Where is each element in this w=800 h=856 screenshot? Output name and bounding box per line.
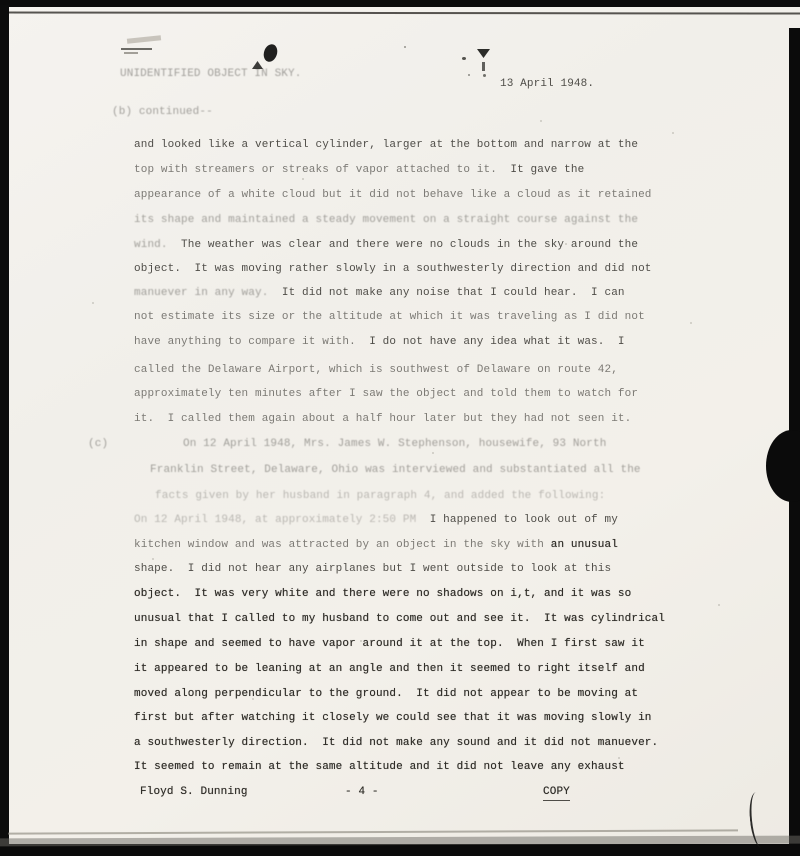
text-segment: wind. [134,239,168,251]
text-segment: (b) continued-- [112,106,213,118]
text-segment: (c) [88,438,108,450]
text-segment: It gave the [497,164,584,176]
body-line: approximately ten minutes after I saw th… [134,387,638,401]
text-segment: Franklin Street, Delaware, Ohio was inte… [150,464,641,476]
paper-speck [152,558,154,560]
text-segment: The weather was clear and there were no … [168,239,638,251]
paper-speck [690,322,692,324]
body-line: object. It was moving rather slowly in a… [134,262,652,276]
text-segment: appearance of a white cloud but it did n… [134,189,652,201]
body-line: wind. The weather was clear and there we… [134,238,638,252]
ink-dot [404,46,406,48]
body-line: its shape and maintained a steady moveme… [134,213,638,227]
text-segment: its shape and maintained a steady moveme… [134,214,638,226]
text-segment: facts given by her husband in paragraph … [155,490,605,502]
ink-bar [482,62,485,71]
smudge-squiggle [127,35,161,44]
paper-speck [618,757,620,759]
text-segment: On 12 April 1948, Mrs. James W. Stephens… [183,438,606,450]
text-segment: first but after watching it closely we c… [134,712,652,724]
page-edge-top [0,0,800,7]
text-segment: moved along perpendicular to the ground.… [134,688,638,700]
signature-line: Floyd S. Dunning [140,785,248,799]
body-line: kitchen window and was attracted by an o… [134,538,618,552]
text-segment: It did not make any noise that I could h… [268,287,624,299]
text-segment: it. I called them again about a half hou… [134,413,631,425]
subject-line: UNIDENTIFIED OBJECT IN SKY. [120,67,301,81]
body-line: a southwesterly direction. It did not ma… [134,736,658,750]
body-line: On 12 April 1948, at approximately 2:50 … [134,513,618,527]
body-line: top with streamers or streaks of vapor a… [134,163,584,177]
page-edge-left [0,5,9,851]
body-line: object. It was very white and there were… [134,587,631,601]
paper-speck [432,452,434,454]
paper-speck [540,120,542,122]
text-segment: I happened to look out of my [416,514,618,526]
body-line: and looked like a vertical cylinder, lar… [134,138,638,152]
body-line: not estimate its size or the altitude at… [134,310,645,324]
body-line: it. I called them again about a half hou… [134,412,631,426]
text-segment: unusual that I called to my husband to c… [134,613,665,625]
text-segment: not estimate its size or the altitude at… [134,311,645,323]
body-line: have anything to compare it with. I do n… [134,335,625,349]
text-segment: a southwesterly direction. It did not ma… [134,737,658,749]
text-segment: manuever in any way. [134,287,268,299]
dash-mark [121,48,152,50]
text-segment: Floyd S. Dunning [140,786,248,798]
body-line: Franklin Street, Delaware, Ohio was inte… [150,463,641,477]
body-line: moved along perpendicular to the ground.… [134,687,638,701]
copy-stamp: COPY [543,785,570,801]
text-segment: object. It was moving rather slowly in a… [134,263,652,275]
text-segment: UNIDENTIFIED OBJECT IN SKY. [120,68,301,80]
text-segment: It seemed to remain at the same altitude… [134,761,625,773]
text-segment: COPY [543,786,570,798]
punch-hole-mark [766,430,800,502]
body-line: in shape and seemed to have vapor around… [134,637,645,651]
text-segment: On 12 April 1948, at approximately 2:50 … [134,514,416,526]
text-segment: kitchen window and was attracted by an o… [134,539,544,551]
body-line: shape. I did not hear any airplanes but … [134,562,611,576]
ink-blob [262,42,280,63]
body-line: manuever in any way. It did not make any… [134,286,625,300]
ink-dot [468,74,470,76]
body-line: It seemed to remain at the same altitude… [134,760,625,774]
scanned-document-page: UNIDENTIFIED OBJECT IN SKY.13 April 1948… [0,0,800,856]
ink-dot [462,57,466,60]
ink-dot [483,74,486,77]
ink-spot [477,49,490,58]
text-segment: approximately ten minutes after I saw th… [134,388,638,400]
paper-speck [718,604,720,606]
text-segment: in shape and seemed to have vapor around… [134,638,645,650]
text-segment: object. It was very white and there were… [134,588,631,600]
dash-mark [124,52,138,54]
body-line: first but after watching it closely we c… [134,711,652,725]
bottom-edge-line [8,829,738,834]
body-line: it appeared to be leaning at an angle an… [134,662,645,676]
body-line: unusual that I called to my husband to c… [134,612,665,626]
text-segment: an unusual [544,539,618,551]
text-segment: top with streamers or streaks of vapor a… [134,164,497,176]
text-segment: have anything to compare it with. [134,336,356,348]
text-segment: I do not have any idea what it was. I [356,336,625,348]
page-edge-top-line [0,11,800,15]
text-segment: and looked like a vertical cylinder, lar… [134,139,638,151]
body-line: On 12 April 1948, Mrs. James W. Stephens… [183,437,606,451]
paragraph-label: (c) [88,437,108,451]
paper-speck [92,302,94,304]
text-segment: 13 April 1948. [500,78,594,90]
body-line: appearance of a white cloud but it did n… [134,188,652,202]
body-line: called the Delaware Airport, which is so… [134,363,618,377]
date-line: 13 April 1948. [500,77,594,91]
text-segment: it appeared to be leaning at an angle an… [134,663,645,675]
paper-speck [302,178,304,180]
continuation-line: (b) continued-- [112,105,213,119]
body-line: facts given by her husband in paragraph … [155,489,605,503]
page-number: - 4 - [345,785,379,799]
text-segment: shape. I did not hear any airplanes but … [134,563,611,575]
text-segment: - 4 - [345,786,379,798]
paper-speck [672,132,674,134]
text-segment: called the Delaware Airport, which is so… [134,364,618,376]
